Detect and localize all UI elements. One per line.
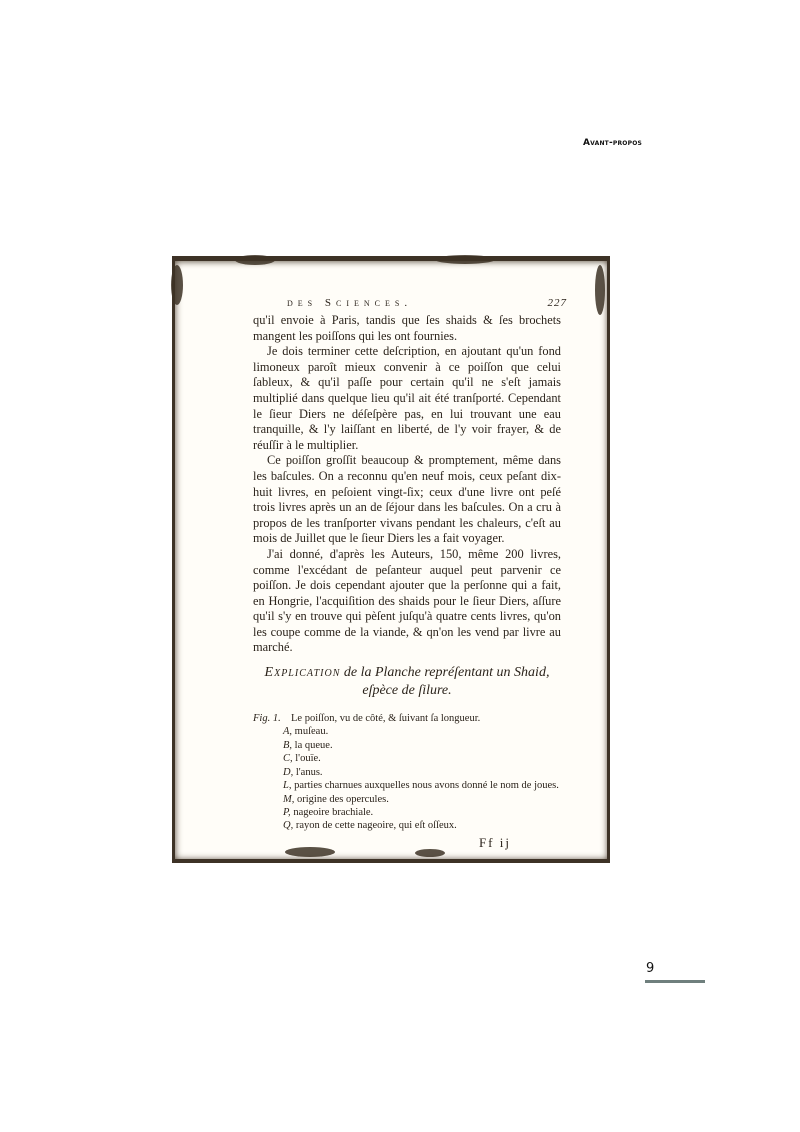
figure-item-text: muſeau. — [295, 726, 329, 737]
figure-item-key: B, — [283, 740, 292, 751]
paragraph: Je dois terminer cette deſcription, en a… — [253, 344, 561, 453]
figure-item-key: M, — [283, 794, 294, 805]
scan-running-header: des Sciences. 227 — [253, 297, 561, 313]
figure-item: P, nageoire brachiale. — [253, 806, 561, 819]
paragraph: J'ai donné, d'après les Auteurs, 150, mê… — [253, 547, 561, 656]
figure-item-text: nageoire brachiale. — [293, 807, 373, 818]
signature-mark: Ff ij — [253, 835, 561, 851]
figure-caption-row: Fig. 1. Le poiſſon, vu de côté, & ſuivan… — [253, 712, 561, 725]
figure-item-text: parties charnues auxquelles nous avons d… — [294, 780, 559, 791]
figure-legend: Fig. 1. Le poiſſon, vu de côté, & ſuivan… — [253, 712, 561, 833]
ink-stain — [235, 255, 275, 265]
figure-item: L, parties charnues auxquelles nous avon… — [253, 779, 561, 792]
folio-rule — [645, 980, 705, 983]
figure-item: M, origine des opercules. — [253, 793, 561, 806]
figure-item-key: D, — [283, 767, 293, 778]
figure-item-key: Q, — [283, 820, 293, 831]
explication-line1: de la Planche repréſentant un Shaid, — [344, 665, 550, 680]
scanned-page: des Sciences. 227 qu'il envoie à Paris, … — [172, 256, 610, 863]
figure-item: C, l'ouïe. — [253, 752, 561, 765]
explication-caps: Explication — [265, 665, 341, 680]
ink-stain — [171, 265, 183, 305]
explication-heading: Explication de la Planche repréſentant u… — [253, 664, 561, 700]
figure-item-key: A, — [283, 726, 292, 737]
figure-item: D, l'anus. — [253, 766, 561, 779]
paragraph: qu'il envoie à Paris, tandis que ſes sha… — [253, 313, 561, 344]
figure-item-key: C, — [283, 753, 293, 764]
figure-item-text: origine des opercules. — [297, 794, 389, 805]
explication-line2: eſpèce de ſilure. — [362, 683, 451, 698]
ink-stain — [595, 265, 605, 315]
scan-page-number: 227 — [548, 297, 568, 309]
figure-item-text: la queue. — [295, 740, 333, 751]
scan-text-block: des Sciences. 227 qu'il envoie à Paris, … — [253, 297, 561, 851]
ink-stain — [435, 255, 495, 264]
figure-item: A, muſeau. — [253, 725, 561, 738]
figure-item-text: l'ouïe. — [295, 753, 321, 764]
figure-item-text: rayon de cette nageoire, qui eſt oſſeux. — [296, 820, 457, 831]
figure-item-key: P, — [283, 807, 291, 818]
figure-item-text: l'anus. — [296, 767, 323, 778]
figure-item-key: L, — [283, 780, 291, 791]
figure-item: Q, rayon de cette nageoire, qui eſt oſſe… — [253, 819, 561, 832]
folio-page-number: 9 — [646, 961, 654, 976]
paragraph: Ce poiſſon groſſit beaucoup & promptemen… — [253, 453, 561, 547]
scan-header-title: des Sciences. — [287, 297, 412, 309]
figure-caption: Le poiſſon, vu de côté, & ſuivant ſa lon… — [291, 712, 480, 725]
figure-item: B, la queue. — [253, 739, 561, 752]
running-head: Avant-propos — [583, 138, 642, 148]
figure-label: Fig. 1. — [253, 712, 291, 725]
